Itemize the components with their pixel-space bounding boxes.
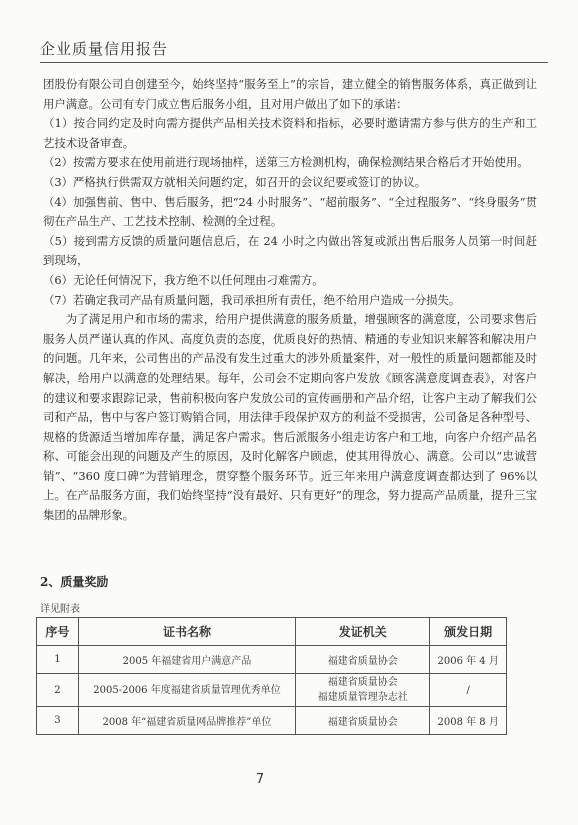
cell-issuer: 福建省质量协会 [296,707,430,735]
issuer-line: 福建省质量协会 [300,675,425,690]
section-heading: 2、质量奖励 [40,573,108,590]
cell-issuer: 福建省质量协会 [296,646,430,674]
awards-table: 序号 证书名称 发证机关 颁发日期 1 2005 年福建省用户满意产品 福建省质… [36,617,507,735]
cell-seq: 2 [37,674,79,707]
commitment-item: （4）加强售前、售中、售后服务，把“24 小时服务”、“超前服务”、“全过程服务… [43,193,537,232]
cell-issuer: 福建省质量协会 福建质量管理杂志社 [296,674,430,707]
cell-cert-name: 2008 年“福建省质量网品牌推荐”单位 [78,707,295,735]
cell-seq: 1 [37,646,79,674]
table-header-row: 序号 证书名称 发证机关 颁发日期 [37,618,507,646]
table-row: 2 2005-2006 年度福建省质量管理优秀单位 福建省质量协会 福建质量管理… [37,674,507,707]
commitment-item: （1）按合同约定及时向需方提供产品相关技术资料和指标，必要时邀请需方参与供方的生… [43,114,537,153]
commitment-item: （3）严格执行供需双方就相关问题约定，如召开的会议纪要或签订的协议。 [43,173,537,193]
issuer-line: 福建省质量协会 [328,717,398,728]
cell-seq: 3 [37,707,79,735]
issuer-line: 福建质量管理杂志社 [300,690,425,705]
page-number: 7 [0,772,520,787]
cell-issue-date: 2008 年 8 月 [430,707,507,735]
table-row: 3 2008 年“福建省质量网品牌推荐”单位 福建省质量协会 2008 年 8 … [37,707,507,735]
commitment-item: （7）若确定我司产品有质量问题，我司承担所有责任，绝不给用户造成一分损失。 [43,291,537,311]
cell-cert-name: 2005-2006 年度福建省质量管理优秀单位 [78,674,295,707]
commitment-item: （5）接到需方反馈的质量问题信息后，在 24 小时之内做出答复或派出售后服务人员… [43,232,537,271]
header-rule [40,62,548,63]
intro-paragraph: 团股份有限公司自创建至今，始终坚持“服务至上”的宗旨，建立健全的销售服务体系，真… [43,75,537,114]
cell-cert-name: 2005 年福建省用户满意产品 [78,646,295,674]
header-issuer: 发证机关 [296,618,430,646]
service-paragraph: 为了满足用户和市场的需求，给用户提供满意的服务质量，增强顾客的满意度，公司要求售… [43,310,537,526]
table-note: 详见附表 [40,600,80,615]
commitment-item: （2）按需方要求在使用前进行现场抽样，送第三方检测机构，确保检测结果合格后才开始… [43,153,537,173]
table-row: 1 2005 年福建省用户满意产品 福建省质量协会 2006 年 4 月 [37,646,507,674]
document-page: 企业质量信用报告 团股份有限公司自创建至今，始终坚持“服务至上”的宗旨，建立健全… [0,0,578,825]
header-issue-date: 颁发日期 [430,618,507,646]
cell-issue-date: / [430,674,507,707]
issuer-line: 福建省质量协会 [328,656,398,667]
body-text: 团股份有限公司自创建至今，始终坚持“服务至上”的宗旨，建立健全的销售服务体系，真… [43,75,537,526]
running-header-title: 企业质量信用报告 [40,38,168,59]
header-seq: 序号 [37,618,79,646]
header-cert-name: 证书名称 [78,618,295,646]
cell-issue-date: 2006 年 4 月 [430,646,507,674]
commitment-item: （6）无论任何情况下，我方绝不以任何理由刁难需方。 [43,271,537,291]
